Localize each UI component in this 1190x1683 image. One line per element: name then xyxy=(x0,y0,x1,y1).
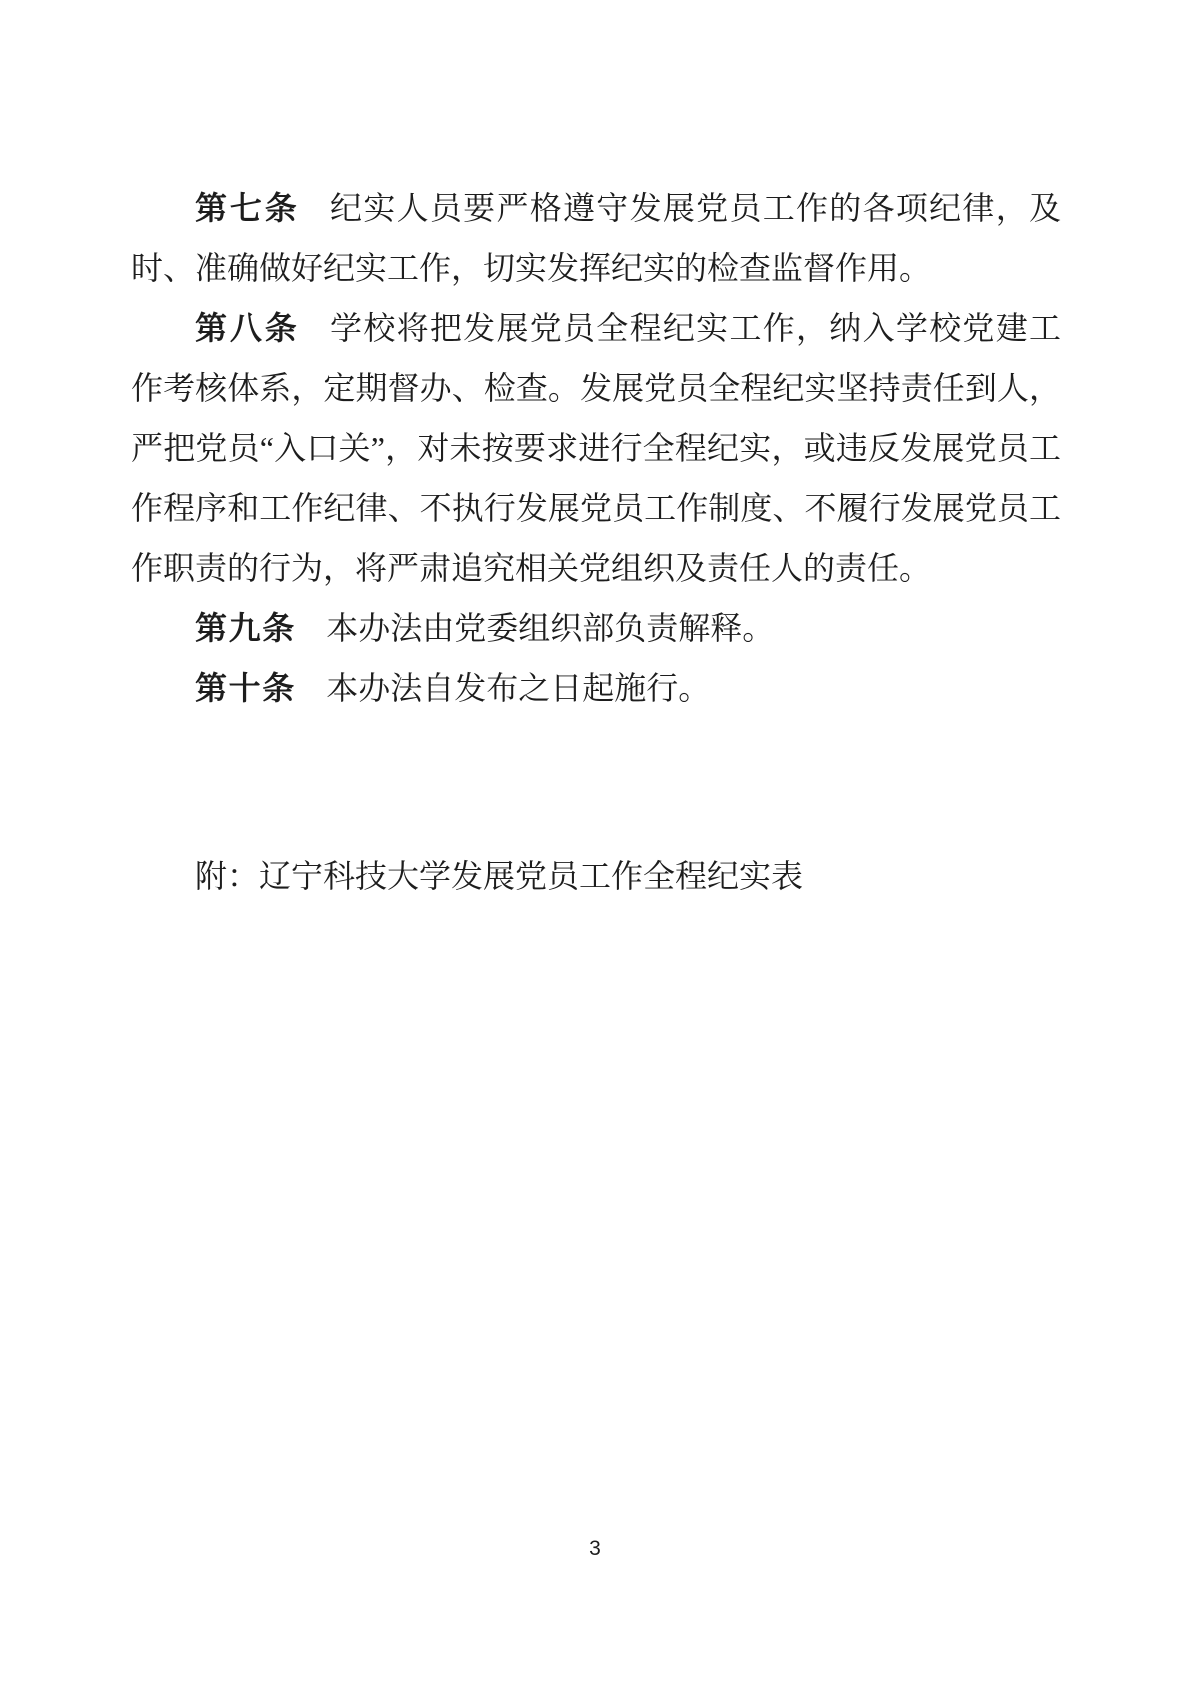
article-ten-text: 本办法自发布之日起施行。 xyxy=(326,670,710,706)
attachment-text: 附：辽宁科技大学发展党员工作全程纪实表 xyxy=(195,858,803,894)
article-ten-label: 第十条 xyxy=(195,670,296,706)
document-page: 第七条纪实人员要严格遵守发展党员工作的各项纪律，及时、准确做好纪实工作，切实发挥… xyxy=(0,0,1190,1683)
paragraph-article-eight: 第八条学校将把发展党员全程纪实工作，纳入学校党建工作考核体系，定期督办、检查。发… xyxy=(131,298,1061,598)
article-eight-label: 第八条 xyxy=(195,310,300,346)
page-footer: 3 xyxy=(0,1537,1190,1561)
attachment-note: 附：辽宁科技大学发展党员工作全程纪实表 xyxy=(131,846,1061,906)
article-nine-text: 本办法由党委组织部负责解释。 xyxy=(326,610,774,646)
article-seven-label: 第七条 xyxy=(195,190,300,226)
paragraph-article-ten: 第十条本办法自发布之日起施行。 xyxy=(131,658,1061,718)
page-number: 3 xyxy=(589,1537,601,1560)
document-body: 第七条纪实人员要严格遵守发展党员工作的各项纪律，及时、准确做好纪实工作，切实发挥… xyxy=(131,178,1061,906)
article-eight-text: 学校将把发展党员全程纪实工作，纳入学校党建工作考核体系，定期督办、检查。发展党员… xyxy=(131,310,1061,586)
paragraph-article-nine: 第九条本办法由党委组织部负责解释。 xyxy=(131,598,1061,658)
paragraph-article-seven: 第七条纪实人员要严格遵守发展党员工作的各项纪律，及时、准确做好纪实工作，切实发挥… xyxy=(131,178,1061,298)
article-nine-label: 第九条 xyxy=(195,610,296,646)
